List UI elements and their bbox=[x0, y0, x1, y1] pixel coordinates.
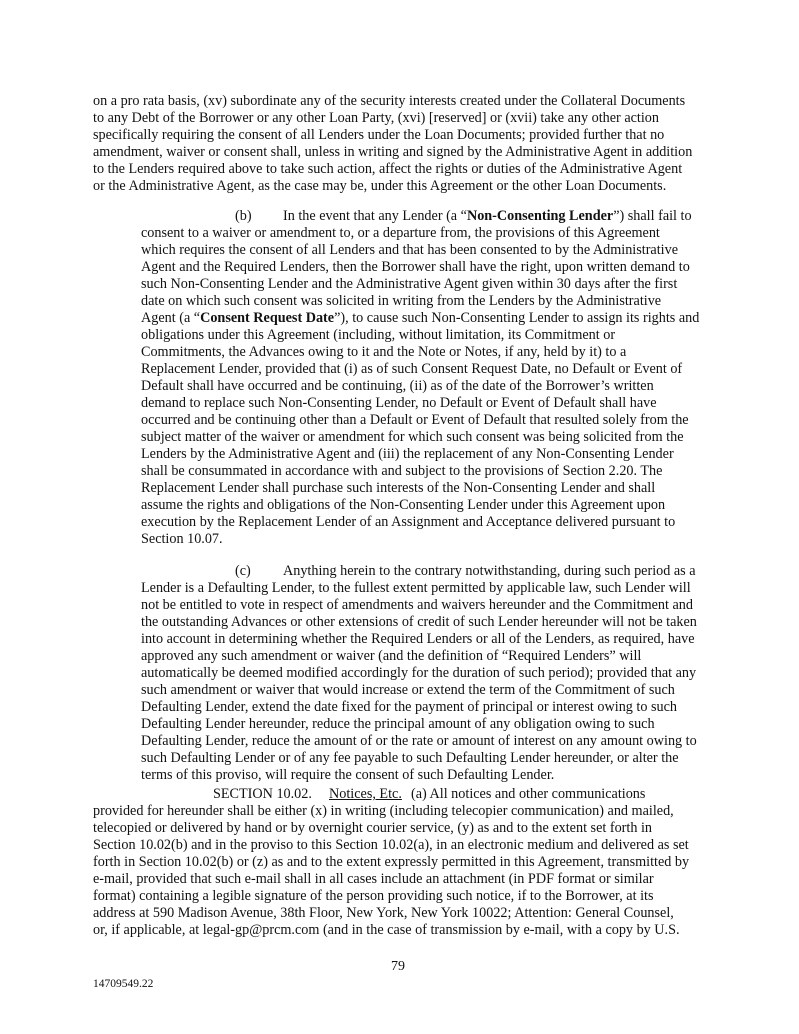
clause-label-b: (b) bbox=[235, 208, 252, 225]
text-line: such Non-Consenting Lender and the Admin… bbox=[141, 276, 677, 293]
page-number: 79 bbox=[391, 958, 405, 975]
text-line: Anything herein to the contrary notwiths… bbox=[283, 563, 696, 580]
text-line: Commitments, the Advances owing to it an… bbox=[141, 344, 626, 361]
text-line: on a pro rata basis, (xv) subordinate an… bbox=[93, 93, 685, 110]
text-line: In the event that any Lender (a “Non-Con… bbox=[283, 208, 692, 225]
text-line: Section 10.07. bbox=[141, 531, 223, 548]
text-line: subject matter of the waiver or amendmen… bbox=[141, 429, 684, 446]
text-line: shall be consummated in accordance with … bbox=[141, 463, 662, 480]
text-line: (a) All notices and other communications bbox=[411, 786, 645, 803]
text-line: automatically be deemed modified accordi… bbox=[141, 665, 696, 682]
text-line: which requires the consent of all Lender… bbox=[141, 242, 678, 259]
text-line: such Defaulting Lender or of any fee pay… bbox=[141, 750, 679, 767]
text-line: Lenders by the Administrative Agent and … bbox=[141, 446, 674, 463]
section-heading: SECTION 10.02. bbox=[213, 786, 312, 803]
text-line: terms of this proviso, will require the … bbox=[141, 767, 554, 784]
text-line: Replacement Lender, provided that (i) as… bbox=[141, 361, 682, 378]
text-line: specifically requiring the consent of al… bbox=[93, 127, 664, 144]
text-line: Section 10.02(b) and in the proviso to t… bbox=[93, 837, 689, 854]
text-line: consent to a waiver or amendment to, or … bbox=[141, 225, 660, 242]
clause-label-c: (c) bbox=[235, 563, 251, 580]
section-title: Notices, Etc. bbox=[329, 786, 402, 803]
text-run: In the event that any Lender (a “ bbox=[283, 208, 467, 224]
text-line: obligations under this Agreement (includ… bbox=[141, 327, 615, 344]
text-line: approved any such amendment or waiver (a… bbox=[141, 648, 641, 665]
text-run: Agent (a “ bbox=[141, 310, 200, 326]
defined-term-consent-request-date: Consent Request Date bbox=[200, 310, 334, 326]
defined-term-non-consenting-lender: Non-Consenting Lender bbox=[467, 208, 613, 224]
document-page: on a pro rata basis, (xv) subordinate an… bbox=[0, 0, 799, 1034]
text-line: execution by the Replacement Lender of a… bbox=[141, 514, 675, 531]
text-line: or, if applicable, at legal-gp@prcm.com … bbox=[93, 922, 680, 939]
text-line: occurred and be continuing other than a … bbox=[141, 412, 689, 429]
text-line: assume the rights and obligations of the… bbox=[141, 497, 665, 514]
text-line: such amendment or waiver that would incr… bbox=[141, 682, 675, 699]
text-run: ”) shall fail to bbox=[613, 208, 691, 224]
text-line: Default shall have occurred and be conti… bbox=[141, 378, 654, 395]
text-run: ”), to cause such Non-Consenting Lender … bbox=[334, 310, 699, 326]
text-line: Defaulting Lender, extend the date fixed… bbox=[141, 699, 677, 716]
text-line: Defaulting Lender hereunder, reduce the … bbox=[141, 716, 655, 733]
text-line: telecopied or delivered by hand or by ov… bbox=[93, 820, 652, 837]
text-line: date on which such consent was solicited… bbox=[141, 293, 661, 310]
text-line: e-mail, provided that such e-mail shall … bbox=[93, 871, 654, 888]
text-line: to the Lenders required above to take su… bbox=[93, 161, 682, 178]
text-line: the outstanding Advances or other extens… bbox=[141, 614, 697, 631]
text-line: provided for hereunder shall be either (… bbox=[93, 803, 674, 820]
text-line: Defaulting Lender, reduce the amount of … bbox=[141, 733, 697, 750]
text-line: Lender is a Defaulting Lender, to the fu… bbox=[141, 580, 691, 597]
text-line: not be entitled to vote in respect of am… bbox=[141, 597, 693, 614]
document-id: 14709549.22 bbox=[93, 976, 153, 993]
text-line: Agent (a “Consent Request Date”), to cau… bbox=[141, 310, 699, 327]
text-line: or the Administrative Agent, as the case… bbox=[93, 178, 666, 195]
text-line: demand to replace such Non-Consenting Le… bbox=[141, 395, 657, 412]
text-line: Agent and the Required Lenders, then the… bbox=[141, 259, 690, 276]
text-line: format) containing a legible signature o… bbox=[93, 888, 653, 905]
text-line: forth in Section 10.02(b) or (z) as and … bbox=[93, 854, 689, 871]
text-line: address at 590 Madison Avenue, 38th Floo… bbox=[93, 905, 674, 922]
text-line: amendment, waiver or consent shall, unle… bbox=[93, 144, 692, 161]
text-line: Replacement Lender shall purchase such i… bbox=[141, 480, 655, 497]
text-line: to any Debt of the Borrower or any other… bbox=[93, 110, 659, 127]
text-line: into account in determining whether the … bbox=[141, 631, 695, 648]
